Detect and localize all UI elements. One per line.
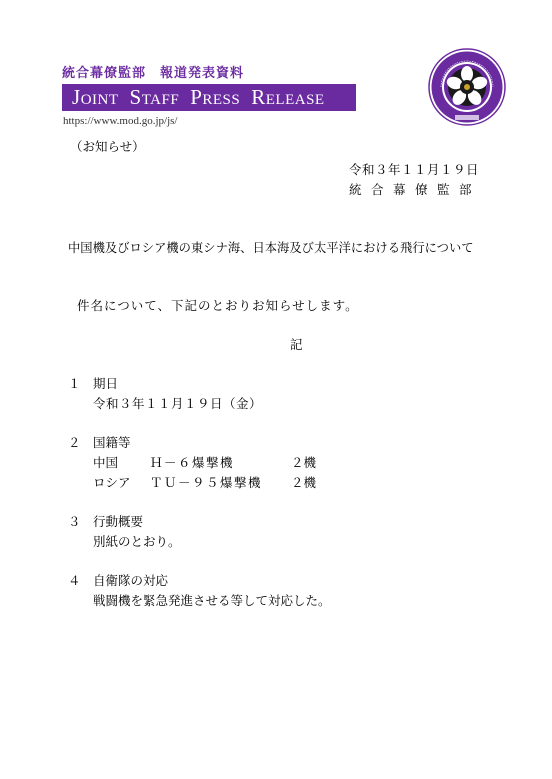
org-header-label: 統合幕僚監部 報道発表資料 (62, 62, 244, 81)
section-2-heading: 国籍等 (93, 435, 131, 451)
nationality-row-china-aircraft: Ｈ－６爆撃機 (150, 455, 234, 471)
section-1-heading: 期日 (93, 376, 118, 392)
section-3-heading: 行動概要 (93, 514, 143, 530)
nationality-row-china-count: ２機 (291, 455, 316, 471)
banner-word-joint: JOINT (72, 87, 119, 109)
section-1-number: １ (68, 376, 81, 392)
release-date: 令和３年１１月１９日 (349, 162, 479, 178)
nationality-row-china-country: 中国 (93, 455, 118, 471)
section-2-number: ２ (68, 435, 81, 451)
nationality-row-russia-country: ロシア (93, 475, 131, 491)
intro-text: 件名について、下記のとおりお知らせします。 (77, 298, 359, 314)
section-4-heading: 自衛隊の対応 (93, 573, 168, 589)
joint-staff-emblem-icon (427, 47, 507, 127)
section-3-number: ３ (68, 514, 81, 530)
section-1-line: 令和３年１１月１９日（金） (93, 396, 262, 412)
section-4-line: 戦闘機を緊急発進させる等して対応した。 (93, 593, 331, 609)
website-link[interactable]: https://www.mod.go.jp/js/ (63, 115, 178, 127)
banner-word-staff: STAFF (130, 87, 180, 109)
document-title: 中国機及びロシア機の東シナ海、日本海及び太平洋における飛行について (68, 240, 474, 256)
nationality-row-russia-count: ２機 (291, 475, 316, 491)
ki-heading: 記 (290, 337, 303, 353)
notice-label: （お知らせ） (70, 139, 145, 155)
issuer: 統合幕僚監部 (349, 182, 481, 198)
press-release-banner: JOINT STAFF PRESS RELEASE (62, 84, 356, 111)
section-4-number: ４ (68, 573, 81, 589)
banner-word-release: RELEASE (251, 87, 324, 109)
banner-word-press: PRESS (190, 87, 240, 109)
nationality-row-russia-aircraft: ＴＵ－９５爆撃機 (150, 475, 262, 491)
section-3-line: 別紙のとおり。 (93, 534, 181, 550)
